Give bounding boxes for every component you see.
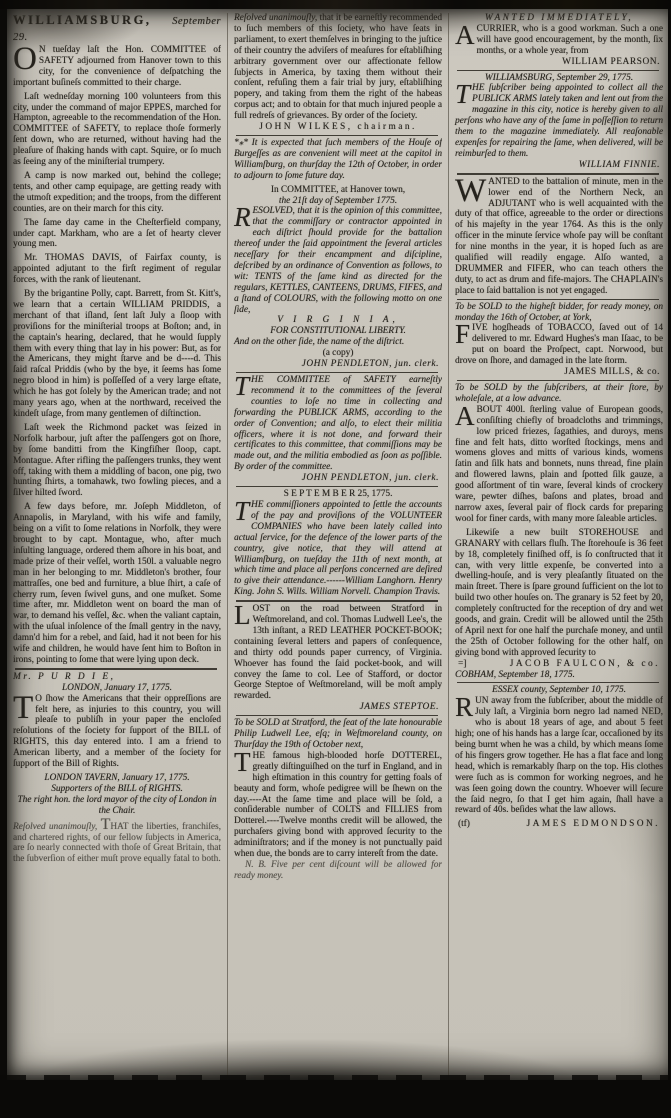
article-committee-adjourn: ON tueſday laſt the Hon. COMMITTEE of SA…	[13, 45, 221, 89]
ad-wanted-currier-heading: WANTED IMMEDIATELY,	[455, 13, 663, 24]
heading-mr-purdie: Mr. P U R D I E,	[13, 672, 221, 683]
notice-magazine-arms: THE ſubſcriber being appointed to collec…	[455, 83, 663, 159]
ad-wanted-currier: ACURRIER, who is a good workman. Such a …	[455, 24, 663, 57]
column-middle: Reſolved unanimouſly, that it be earneſt…	[227, 13, 442, 1080]
heading-essex-county-text: ESSEX county, September 10, 1775.	[492, 685, 626, 695]
divider	[236, 135, 438, 136]
ad-stratford-sale-heading: To be SOLD at Stratford, the ſeat of the…	[234, 718, 442, 751]
ad-text: IVE hogſheads of TOBACCO, ſaved out of 1…	[455, 323, 663, 366]
heading-cobham-date-text: COBHAM, September 18, 1775.	[455, 670, 575, 680]
ad-dotterel: THE famous high-blooded horſe DOTTEREL, …	[234, 751, 442, 860]
divider	[457, 682, 659, 683]
divider	[457, 380, 659, 381]
resolution-parliament: Reſolved unanimouſly, that it be earneſt…	[234, 13, 442, 122]
bottom-black-bar	[0, 1080, 671, 1118]
drop-cap: O	[13, 45, 39, 72]
ad-storehouse-granary: Likewiſe a new built STOREHOUSE and GRAN…	[455, 528, 663, 659]
divider	[236, 715, 438, 716]
drop-cap: W	[455, 177, 488, 204]
ad-runaway-ned: RUN away from the ſubſcriber, about the …	[455, 696, 663, 816]
heading-committee-date: the 21ſt day of September 1775.	[234, 196, 442, 207]
ad-tobacco-heading: To be SOLD to the higheſt bidder, for re…	[455, 302, 663, 324]
ad-text: BOUT 400l. ſterling value of European go…	[455, 405, 663, 524]
column-right: WANTED IMMEDIATELY, ACURRIER, who is a g…	[448, 13, 663, 1080]
resolution-text: that it be earneſtly recommended to ſuch…	[234, 13, 442, 121]
drop-cap: R	[234, 206, 253, 228]
motto-reverse: And on the other ſide, the name of the d…	[234, 337, 442, 348]
drop-cap: A	[455, 405, 477, 427]
heading-london-date-text: LONDON, January 17, 1775.	[62, 683, 172, 693]
initial-letter: T	[101, 816, 111, 833]
heading-essex-county: ESSEX county, September 10, 1775.	[455, 685, 663, 696]
resolution-text: ESOLVED, that it is the opinion of this …	[234, 206, 442, 314]
article-thomas-davis: Mr. THOMAS DAVIS, of Fairfax county, is …	[13, 253, 221, 286]
article-chesterfield-company: The ſame day came in the Cheſterfield co…	[13, 218, 221, 251]
letter-text: O ſhow the Americans that their oppreſſi…	[13, 694, 221, 769]
ad-tobacco: FIVE hogſheads of TOBACCO, ſaved out of …	[455, 323, 663, 367]
divider	[457, 173, 659, 175]
letter-bill-of-rights: TO ſhow the Americans that their oppreſſ…	[13, 694, 221, 770]
drop-cap: R	[455, 696, 475, 718]
torn-top-edge	[0, 0, 671, 9]
signature-jacob-faulcon-row: =]JACOB FAULCON, & co.	[455, 659, 663, 670]
divider	[236, 600, 438, 602]
drop-cap: T	[455, 83, 472, 105]
notice-text: HE COMMITTEE of SAFETY earneſtly recomme…	[234, 375, 442, 472]
paper-sheet: WILLIAMSBURG, September 29. ON tueſday l…	[7, 9, 668, 1080]
divider	[457, 70, 659, 71]
ad-text: OST on the road between Stratford in Weſ…	[234, 604, 442, 701]
heading-london-tavern: LONDON TAVERN, January 17, 1775.	[13, 773, 221, 784]
article-william-priddis: By the brigantine Polly, capt. Barrett, …	[13, 289, 221, 420]
ad-european-goods-heading: To be SOLD by the ſubſcribers, at their …	[455, 383, 663, 405]
ad-text: HE famous high-blooded horſe DOTTEREL, g…	[234, 751, 442, 859]
divider	[457, 299, 659, 300]
signature-james-steptoe: JAMES STEPTOE.	[234, 702, 442, 713]
heading-williamsburg-date: WILLIAMSBURG, September 29, 1775.	[455, 73, 663, 84]
printer-mark: =]	[458, 659, 466, 670]
resolved-lead: Reſolved unanimouſly,	[13, 822, 101, 832]
ad-text: CURRIER, who is a good workman. Such a o…	[477, 24, 664, 56]
heading-cobham-date: COBHAM, September 18, 1775.	[455, 670, 663, 681]
notice-commissioners: THE commiſſioners appointed to ſettle th…	[234, 500, 442, 598]
signature-james-edmondson-row: (tf)JAMES EDMONDSON.	[455, 819, 663, 830]
signature-james-edmondson: JAMES EDMONDSON.	[527, 819, 661, 830]
drop-cap: T	[234, 500, 251, 522]
drop-cap: F	[455, 323, 472, 345]
dateline-city: WILLIAMSBURG,	[13, 13, 151, 27]
article-middleton: A few days before, mr. Joſeph Middleton,…	[13, 502, 221, 666]
heading-september-25: S E P T E M B E R 25, 1775.	[234, 489, 442, 500]
resolved-lead: Reſolved unanimouſly,	[234, 13, 320, 23]
heading-london-date: LONDON, January 17, 1775.	[13, 683, 221, 694]
drop-cap: T	[234, 375, 251, 397]
signature-james-mills: JAMES MILLS, & co.	[455, 367, 663, 378]
ad-dotterel-nb: N. B. Five per cent diſcount will be all…	[234, 860, 442, 882]
signature-pendleton-1: JOHN PENDLETON, jun. clerk.	[234, 359, 442, 370]
column-left: WILLIAMSBURG, September 29. ON tueſday l…	[13, 13, 221, 1080]
divider	[236, 372, 438, 373]
copy-note: (a copy)	[234, 348, 442, 359]
drop-cap: L	[234, 604, 253, 626]
drop-cap: A	[455, 24, 477, 46]
resolution-battalion-supplies: RESOLVED, that it is the opinion of this…	[234, 206, 442, 315]
ad-european-goods: ABOUT 400l. ſterling value of European g…	[455, 405, 663, 525]
notice-publick-arms: THE COMMITTEE of SAFETY earneſtly recomm…	[234, 375, 442, 473]
tf-mark: (tf)	[458, 819, 470, 830]
signature-john-wilkes: JOHN WILKES, chairman.	[234, 122, 442, 133]
article-text: N tueſday laſt the Hon. COMMITTEE of SAF…	[13, 45, 221, 88]
notice-text: HE ſubſcriber being appointed to collect…	[455, 83, 663, 158]
divider	[15, 668, 217, 670]
drop-cap: T	[234, 751, 253, 773]
notice-text: HE commiſſioners appointed to ſettle the…	[234, 500, 442, 597]
dateline: WILLIAMSBURG, September 29.	[13, 13, 221, 45]
ad-lost-pocketbook: LOST on the road between Stratford in We…	[234, 604, 442, 702]
newspaper-page: WILLIAMSBURG, September 29. ON tueſday l…	[0, 0, 671, 1118]
signature-pendleton-2: JOHN PENDLETON, jun. clerk.	[234, 473, 442, 484]
signature-william-finnie: WILLIAM FINNIE.	[455, 160, 663, 171]
motto-virginia: V I R G I N I A,	[234, 315, 442, 326]
heading-in-committee: In COMMITTEE, at Hanover town,	[234, 185, 442, 196]
motto-liberty: FOR CONSTITUTIONAL LIBERTY.	[234, 326, 442, 337]
note-burgesses: *⁎* It is expected that ſuch members of …	[234, 138, 442, 182]
resolution-liberties: Reſolved unanimouſly, THAT the liberties…	[13, 820, 221, 866]
article-camp-college: A camp is now marked out, behind the col…	[13, 171, 221, 215]
article-richmond-packet: Laſt week the Richmond packet was ſeized…	[13, 423, 221, 499]
article-volunteers-hampton: Laſt wedneſday morning 100 volunteers fr…	[13, 92, 221, 168]
heading-chair: The right hon. the lord mayor of the cit…	[13, 795, 221, 817]
ad-text: UN away from the ſubſcriber, about the m…	[455, 696, 663, 815]
heading-london-tavern-text: LONDON TAVERN, January 17, 1775.	[44, 773, 189, 783]
divider	[236, 486, 438, 487]
heading-supporters: Supporters of the BILL of RIGHTS.	[13, 784, 221, 795]
signature-william-pearson: WILLIAM PEARSON.	[455, 57, 663, 68]
ad-wanted-adjutant: WANTED to the battalion of minute, men i…	[455, 177, 663, 297]
signature-jacob-faulcon: JACOB FAULCON, & co.	[510, 659, 660, 670]
drop-cap: T	[13, 694, 35, 721]
